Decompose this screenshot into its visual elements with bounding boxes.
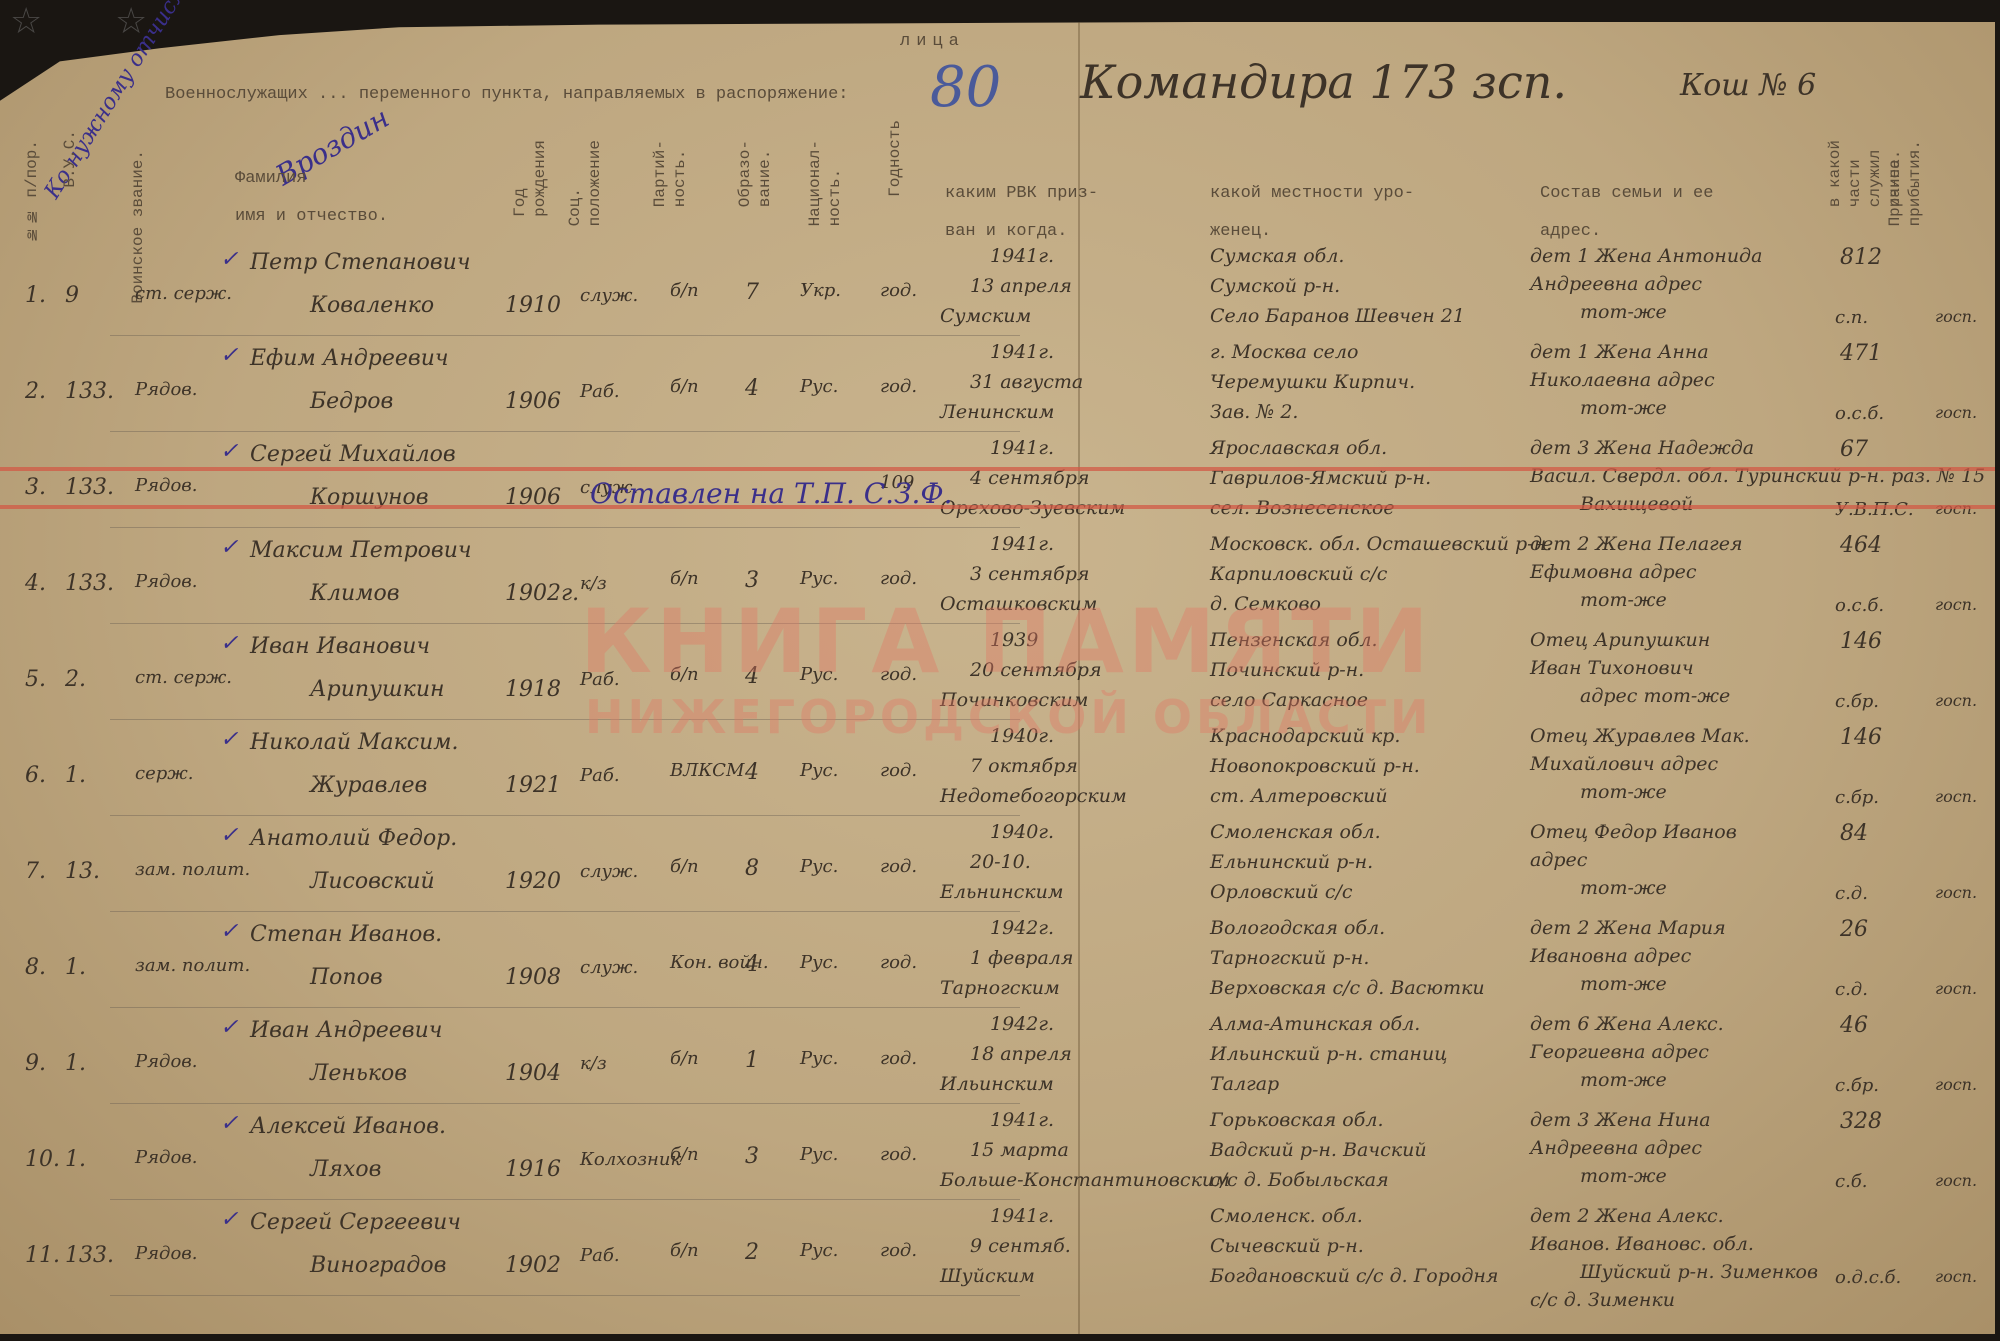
column-header-birth: Год рождения (510, 140, 550, 217)
birthplace: Орловский с/с (1210, 881, 1353, 903)
previous-unit-type: У.В.П.С. (1835, 499, 1914, 520)
draft-info: 20-10. (970, 851, 1031, 873)
birthplace: Богдановский с/с д. Городня (1210, 1265, 1499, 1287)
check-mark-icon: ✓ (220, 727, 238, 752)
birthplace: Черемушки Кирпич. (1210, 371, 1415, 393)
draft-info: 1941г. (990, 1205, 1054, 1227)
arrival-reason: госп. (1935, 1075, 1977, 1094)
birthplace: Сумская обл. (1210, 245, 1344, 267)
rank: Рядов. (135, 1051, 197, 1072)
family-address: дет 2 Жена Алекс. (1530, 1205, 1724, 1227)
party-status: б/п (670, 376, 699, 397)
family-address: дет 3 Жена Надежда (1530, 437, 1754, 459)
first-middle-name: Анатолий Федор. (250, 826, 457, 851)
birthplace: Зав. № 2. (1210, 401, 1298, 423)
fitness: год. (880, 568, 917, 589)
education: 8 (745, 856, 759, 881)
birthplace: Ельнинский р-н. (1210, 851, 1373, 873)
row-number: 5. (25, 667, 46, 692)
rank: ст. серж. (135, 283, 232, 304)
row-number: 4. (25, 571, 46, 596)
vus-code: 2. (65, 667, 86, 692)
fitness: год. (880, 1144, 917, 1165)
first-middle-name: Иван Иванович (250, 634, 430, 659)
previous-unit-type: о.с.б. (1835, 403, 1884, 424)
row-divider (110, 1103, 1020, 1104)
check-mark-icon: ✓ (220, 439, 238, 464)
birthplace: Сумской р-н. (1210, 275, 1340, 297)
social-status: служ. (580, 285, 638, 306)
first-middle-name: Николай Максим. (250, 730, 459, 755)
check-mark-icon: ✓ (220, 343, 238, 368)
family-address: Андреевна адрес (1530, 273, 1702, 295)
arrival-reason: госп. (1935, 1267, 1977, 1286)
draft-info: 7 октября (970, 755, 1078, 777)
column-header-draft: каким РВК приз- ван и когда. (945, 175, 1098, 251)
first-middle-name: Сергей Михайлов (250, 442, 456, 467)
last-name: Виноградов (310, 1253, 446, 1278)
family-address: тот-же (1580, 781, 1667, 803)
vus-code: 133. (65, 379, 114, 404)
row-divider (110, 1295, 1020, 1296)
vus-code: 1. (65, 955, 86, 980)
nationality: Рус. (800, 760, 838, 781)
previous-unit: 471 (1840, 341, 1882, 366)
birthplace: с/с д. Бобыльская (1210, 1169, 1389, 1191)
last-name: Коваленко (310, 293, 434, 318)
draft-info: 1942г. (990, 1013, 1054, 1035)
previous-unit-type: о.д.с.б. (1835, 1267, 1901, 1288)
previous-unit: 146 (1840, 629, 1882, 654)
row-number: 11. (25, 1243, 60, 1268)
last-name: Бедров (310, 389, 393, 414)
birthplace: ст. Алтеровский (1210, 785, 1388, 807)
row-divider (110, 527, 1020, 528)
family-address: Вахищевой (1580, 493, 1693, 515)
vus-code: 133. (65, 571, 114, 596)
vus-code: 13. (65, 859, 100, 884)
vus-code: 133. (65, 1243, 114, 1268)
birthplace: Верховская с/с д. Васютки (1210, 977, 1485, 999)
birth-year: 1908 (505, 965, 561, 990)
draft-info: Ильинским (940, 1073, 1054, 1095)
top-label: лица (900, 32, 965, 51)
first-middle-name: Максим Петрович (250, 538, 472, 563)
education: 3 (745, 1144, 759, 1169)
family-address: дет 2 Жена Пелагея (1530, 533, 1743, 555)
check-mark-icon: ✓ (220, 535, 238, 560)
column-header-name: Фамилия имя и отчество. (235, 160, 388, 236)
row-divider (110, 431, 1020, 432)
destination: Командира 173 зсп. (1080, 55, 1567, 109)
company: Кош № 6 (1680, 68, 1816, 103)
previous-unit: 328 (1840, 1109, 1882, 1134)
party-status: ВЛКСМ (670, 760, 744, 781)
first-middle-name: Петр Степанович (250, 250, 471, 275)
birthplace: Смоленск. обл. (1210, 1205, 1363, 1227)
document-number: 80 (930, 55, 1001, 120)
previous-unit: 84 (1840, 821, 1868, 846)
last-name: Попов (310, 965, 383, 990)
rank: ст. серж. (135, 667, 232, 688)
family-address: адрес (1530, 849, 1587, 871)
family-address: тот-же (1580, 877, 1667, 899)
family-address: дет 1 Жена Антонида (1530, 245, 1762, 267)
social-status: Колхозник (580, 1149, 681, 1170)
column-header-reason: Причина прибытия. (1885, 140, 1925, 226)
nationality: Укр. (800, 280, 841, 301)
draft-info: 1941г. (990, 533, 1054, 555)
birth-year: 1910 (505, 293, 561, 318)
strike-through-line (0, 505, 1995, 509)
family-address: тот-же (1580, 1165, 1667, 1187)
row-number: 1. (25, 283, 46, 308)
birthplace: Смоленская обл. (1210, 821, 1381, 843)
previous-unit-type: с.д. (1835, 979, 1868, 1000)
fitness: год. (880, 1240, 917, 1261)
party-status: б/п (670, 856, 699, 877)
nationality: Рус. (800, 376, 838, 397)
birth-year: 1902г. (505, 581, 579, 606)
birthplace: Вологодская обл. (1210, 917, 1385, 939)
row-number: 3. (25, 475, 46, 500)
row-number: 6. (25, 763, 46, 788)
draft-info: Больше-Константиновским (940, 1169, 1230, 1191)
family-address: с/с д. Зименки (1530, 1289, 1675, 1311)
first-middle-name: Алексей Иванов. (250, 1114, 446, 1139)
birthplace: Сычевский р-н. (1210, 1235, 1364, 1257)
fitness: год. (880, 1048, 917, 1069)
nationality: Рус. (800, 1240, 838, 1261)
arrival-reason: госп. (1935, 595, 1977, 614)
family-address: Георгиевна адрес (1530, 1041, 1709, 1063)
family-address: Шуйский р-н. Зименков (1580, 1261, 1818, 1283)
check-mark-icon: ✓ (220, 247, 238, 272)
family-address: Андреевна адрес (1530, 1137, 1702, 1159)
birthplace: г. Москва село (1210, 341, 1358, 363)
row-divider (110, 911, 1020, 912)
row-number: 10. (25, 1147, 60, 1172)
draft-info: 1941г. (990, 341, 1054, 363)
nationality: Рус. (800, 568, 838, 589)
watermark: КНИГА ПАМЯТИ (580, 590, 1433, 693)
draft-info: 13 апреля (970, 275, 1072, 297)
birthplace: Тарногский р-н. (1210, 947, 1369, 969)
previous-unit: 812 (1840, 245, 1882, 270)
vus-code: 1. (65, 763, 86, 788)
draft-info: Шуйским (940, 1265, 1035, 1287)
birthplace: Алма-Атинская обл. (1210, 1013, 1420, 1035)
family-address: дет 1 Жена Анна (1530, 341, 1709, 363)
arrival-reason: госп. (1935, 1171, 1977, 1190)
vus-code: 9 (65, 283, 79, 308)
draft-info: 15 марта (970, 1139, 1069, 1161)
family-address: Отец Федор Иванов (1530, 821, 1737, 843)
family-address: дет 3 Жена Нина (1530, 1109, 1711, 1131)
rank: Рядов. (135, 1243, 197, 1264)
draft-info: 1941г. (990, 437, 1054, 459)
struck-note: Оставлен на Т.П. С.З.Ф. (590, 477, 953, 510)
rank: Рядов. (135, 1147, 197, 1168)
draft-info: 18 апреля (970, 1043, 1072, 1065)
family-address: тот-же (1580, 397, 1667, 419)
family-address: тот-же (1580, 301, 1667, 323)
last-name: Ляхов (310, 1157, 381, 1182)
arrival-reason: госп. (1935, 403, 1977, 422)
family-address: тот-же (1580, 1069, 1667, 1091)
party-status: б/п (670, 1144, 699, 1165)
column-header-num: №№ п/пор. (22, 140, 42, 243)
previous-unit: 464 (1840, 533, 1882, 558)
party-status: б/п (670, 280, 699, 301)
nationality: Рус. (800, 1048, 838, 1069)
birthplace: Новопокровский р-н. (1210, 755, 1420, 777)
birth-year: 1921 (505, 773, 561, 798)
rank: зам. полит. (135, 955, 250, 976)
birth-year: 1920 (505, 869, 561, 894)
draft-info: Тарногским (940, 977, 1060, 999)
arrival-reason: госп. (1935, 787, 1977, 806)
previous-unit-type: о.с.б. (1835, 595, 1884, 616)
draft-info: 1 февраля (970, 947, 1073, 969)
watermark-subtitle: НИЖЕГОРОДСКОЙ ОБЛАСТИ (585, 690, 1433, 744)
row-divider (110, 815, 1020, 816)
check-mark-icon: ✓ (220, 919, 238, 944)
birthplace: Ильинский р-н. станиц (1210, 1043, 1447, 1065)
column-header-party: Партий- ность. (650, 140, 690, 207)
draft-info: 31 августа (970, 371, 1083, 393)
education: 1 (745, 1048, 759, 1073)
previous-unit-type: с.бр. (1835, 1075, 1879, 1096)
arrival-reason: госп. (1935, 307, 1977, 326)
birthplace: Село Баранов Шевчен 21 (1210, 305, 1465, 327)
previous-unit-type: с.бр. (1835, 787, 1879, 808)
check-mark-icon: ✓ (220, 631, 238, 656)
family-address: Михайлович адрес (1530, 753, 1718, 775)
family-address: Николаевна адрес (1530, 369, 1715, 391)
rank: серж. (135, 763, 193, 784)
fitness: год. (880, 856, 917, 877)
birthplace: Вадский р-н. Вачский (1210, 1139, 1427, 1161)
column-header-edu: Образо- вание. (735, 140, 775, 207)
education: 4 (745, 952, 759, 977)
star-icon: ☆ (10, 0, 42, 42)
vus-code: 1. (65, 1051, 86, 1076)
birthplace: Талгар (1210, 1073, 1279, 1095)
row-number: 7. (25, 859, 46, 884)
birth-year: 1918 (505, 677, 561, 702)
column-header-health: Годность (885, 120, 905, 197)
rank: Рядов. (135, 571, 197, 592)
first-middle-name: Иван Андреевич (250, 1018, 442, 1043)
row-divider (110, 1007, 1020, 1008)
draft-info: 3 сентября (970, 563, 1089, 585)
draft-info: 1942г. (990, 917, 1054, 939)
arrival-reason: госп. (1935, 691, 1977, 710)
previous-unit: 146 (1840, 725, 1882, 750)
party-status: б/п (670, 1240, 699, 1261)
column-header-origin: какой местности уро- женец. (1210, 175, 1414, 251)
party-status: б/п (670, 568, 699, 589)
family-address: Иван Тихонович (1530, 657, 1694, 679)
draft-info: 1940г. (990, 821, 1054, 843)
previous-unit: 67 (1840, 437, 1868, 462)
column-header-social: Соц. положение (565, 140, 605, 226)
birth-year: 1916 (505, 1157, 561, 1182)
row-number: 8. (25, 955, 46, 980)
column-header-nation: Национал- ность. (805, 140, 845, 226)
nationality: Рус. (800, 856, 838, 877)
social-status: к/з (580, 1053, 607, 1074)
education: 7 (745, 280, 759, 305)
header-line: Военнослужащих ... переменного пункта, н… (165, 85, 849, 104)
previous-unit: 26 (1840, 917, 1868, 942)
strike-through-line (0, 467, 1995, 471)
rank: Рядов. (135, 475, 197, 496)
column-header-family: Состав семьи и ее адрес. (1540, 175, 1713, 251)
nationality: Рус. (800, 1144, 838, 1165)
rank: Рядов. (135, 379, 197, 400)
fitness: год. (880, 952, 917, 973)
social-status: Раб. (580, 1245, 620, 1266)
family-address: тот-же (1580, 973, 1667, 995)
birthplace: Ярославская обл. (1210, 437, 1387, 459)
last-name: Лисовский (310, 869, 435, 894)
row-number: 2. (25, 379, 46, 404)
last-name: Леньков (310, 1061, 407, 1086)
previous-unit-type: с.б. (1835, 1171, 1868, 1192)
education: 2 (745, 1240, 759, 1265)
arrival-reason: госп. (1935, 883, 1977, 902)
family-address: дет 6 Жена Алекс. (1530, 1013, 1724, 1035)
birthplace: Карпиловский с/с (1210, 563, 1387, 585)
previous-unit: 46 (1840, 1013, 1868, 1038)
previous-unit-type: с.п. (1835, 307, 1868, 328)
draft-info: Ленинским (940, 401, 1054, 423)
fitness: год. (880, 376, 917, 397)
check-mark-icon: ✓ (220, 823, 238, 848)
party-status: б/п (670, 1048, 699, 1069)
previous-unit-type: с.бр. (1835, 691, 1879, 712)
birth-year: 1904 (505, 1061, 561, 1086)
first-middle-name: Ефим Андреевич (250, 346, 449, 371)
birth-year: 1906 (505, 389, 561, 414)
last-name: Климов (310, 581, 400, 606)
vus-code: 133. (65, 475, 114, 500)
row-divider (110, 1199, 1020, 1200)
first-middle-name: Сергей Сергеевич (250, 1210, 461, 1235)
draft-info: 1941г. (990, 245, 1054, 267)
last-name: Журавлев (310, 773, 427, 798)
family-address: Отец Арипушкин (1530, 629, 1710, 651)
first-middle-name: Степан Иванов. (250, 922, 442, 947)
family-address: тот-же (1580, 589, 1667, 611)
arrival-reason: госп. (1935, 979, 1977, 998)
family-address: Ефимовна адрес (1530, 561, 1697, 583)
draft-info: Недотебогорским (940, 785, 1127, 807)
family-address: Иванов. Ивановс. обл. (1530, 1233, 1754, 1255)
nationality: Рус. (800, 952, 838, 973)
last-name: Арипушкин (310, 677, 444, 702)
birth-year: 1902 (505, 1253, 561, 1278)
vus-code: 1. (65, 1147, 86, 1172)
draft-info: 9 сентяб. (970, 1235, 1071, 1257)
social-status: Раб. (580, 381, 620, 402)
row-divider (110, 335, 1020, 336)
birthplace: Московск. обл. Осташевский р-н. (1210, 533, 1552, 555)
family-address: Ивановна адрес (1530, 945, 1691, 967)
fitness: год. (880, 760, 917, 781)
check-mark-icon: ✓ (220, 1111, 238, 1136)
family-address: дет 2 Жена Мария (1530, 917, 1726, 939)
column-header-rank: Воинское звание. (128, 150, 148, 304)
education: 4 (745, 376, 759, 401)
birthplace: Горьковская обл. (1210, 1109, 1383, 1131)
column-header-vus: В.У.С. (60, 130, 80, 188)
row-number: 9. (25, 1051, 46, 1076)
family-address: адрес тот-же (1580, 685, 1730, 707)
rank: зам. полит. (135, 859, 250, 880)
check-mark-icon: ✓ (220, 1207, 238, 1232)
draft-info: Ельнинским (940, 881, 1064, 903)
social-status: служ. (580, 957, 638, 978)
social-status: служ. (580, 861, 638, 882)
draft-info: 1941г. (990, 1109, 1054, 1131)
previous-unit-type: с.д. (1835, 883, 1868, 904)
social-status: Раб. (580, 765, 620, 786)
fitness: год. (880, 280, 917, 301)
family-address: Отец Журавлев Мак. (1530, 725, 1750, 747)
education: 4 (745, 760, 759, 785)
draft-info: Сумским (940, 305, 1031, 327)
check-mark-icon: ✓ (220, 1015, 238, 1040)
